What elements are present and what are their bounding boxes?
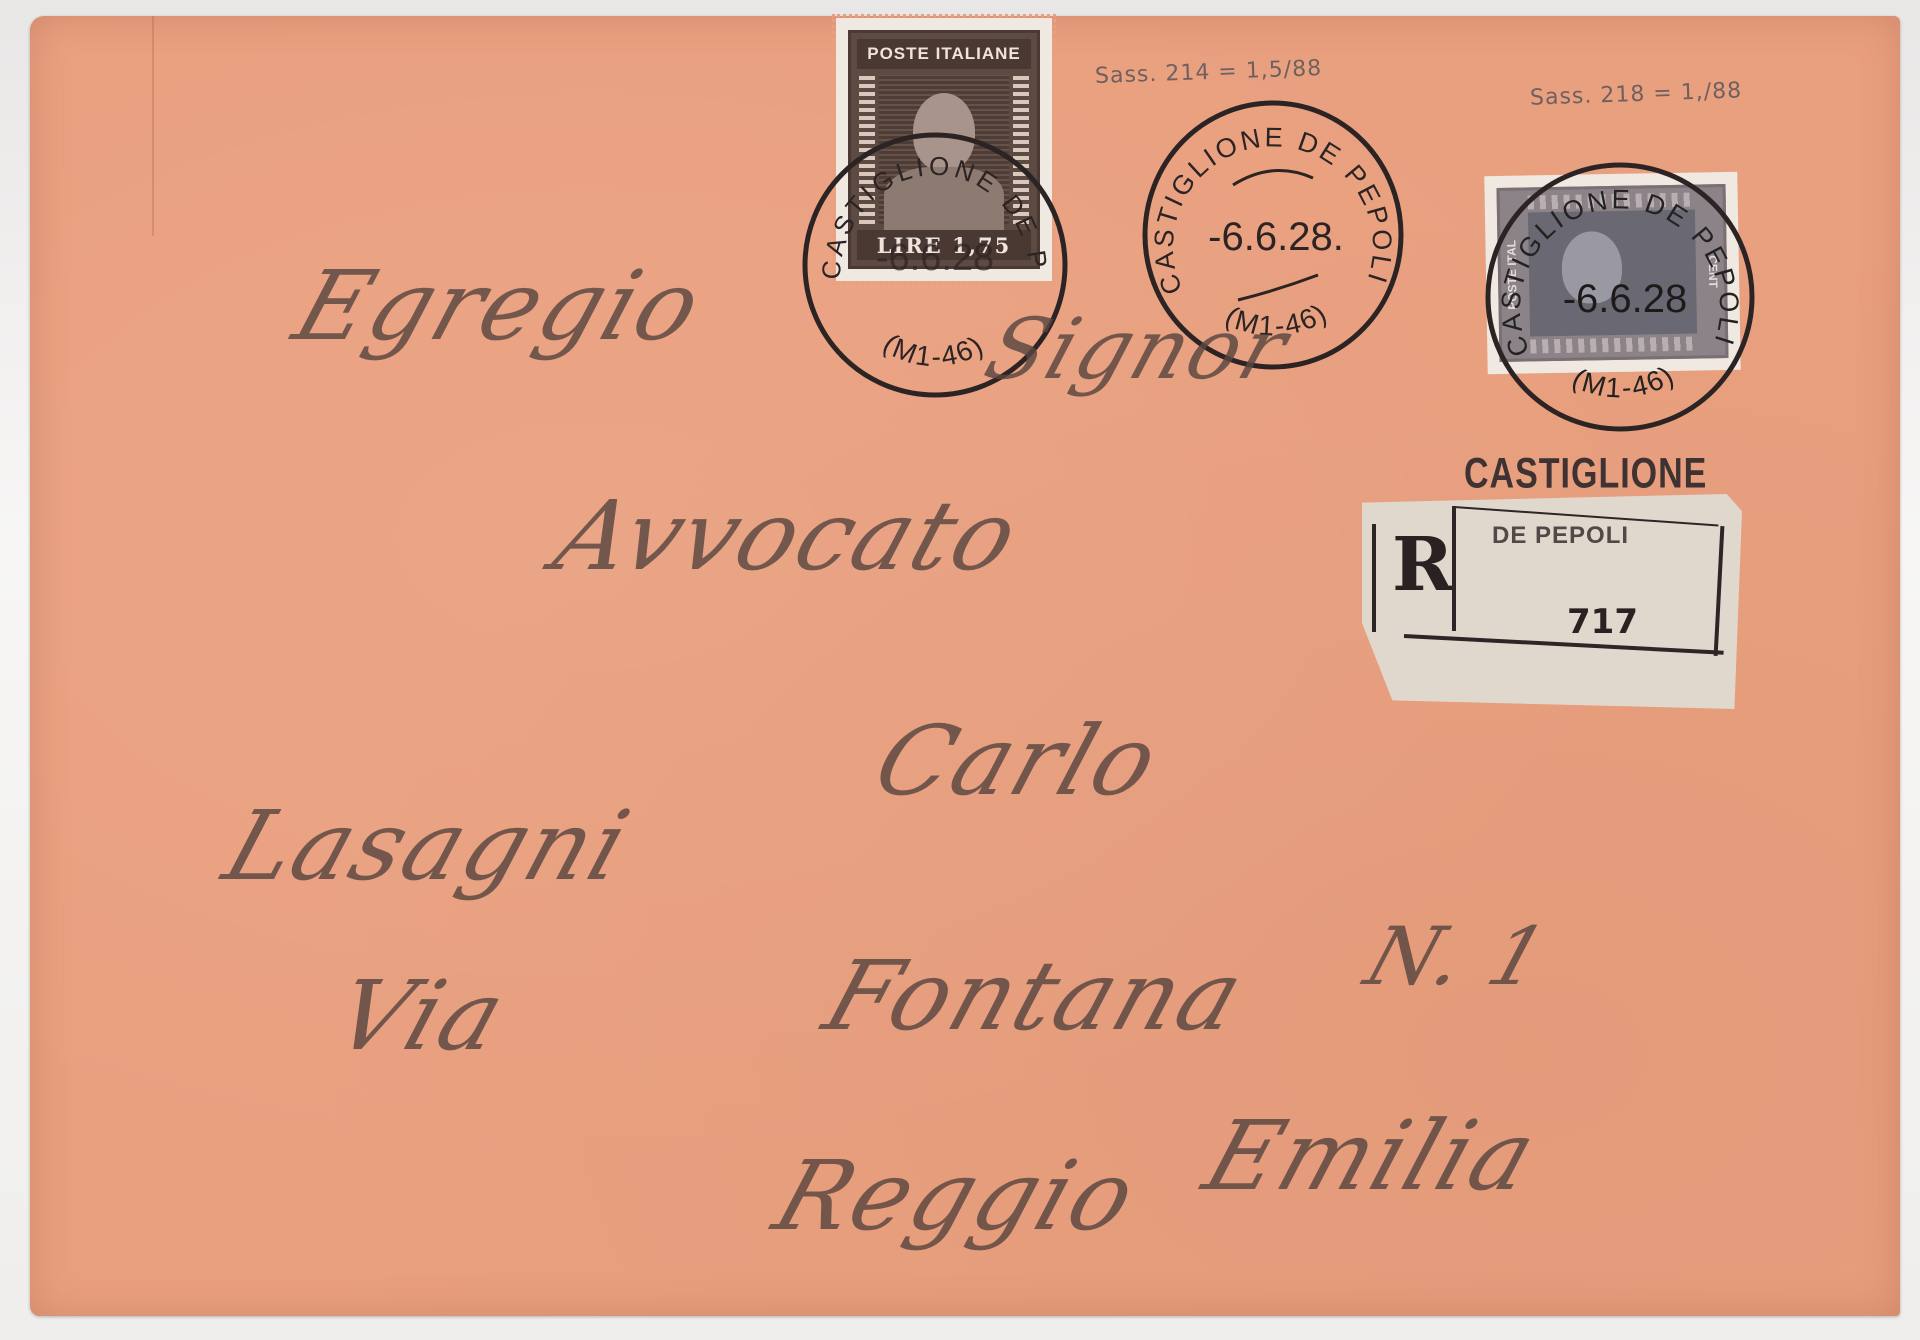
address-first-name: Carlo — [862, 705, 1173, 817]
linear-cancel-locality: DE PEPOLI — [1492, 522, 1629, 550]
address-surname: Lasagni — [212, 790, 644, 902]
registration-letter: R — [1392, 522, 1454, 608]
address-region: Emilia — [1192, 1100, 1551, 1212]
registration-label: R DE PEPOLI 717 — [1362, 494, 1742, 709]
stamp-country-text: POSTE ITALIANE — [857, 39, 1031, 69]
stamp-border-ornament — [859, 75, 875, 224]
stamp-country-text: POSTE ITAL — [1504, 213, 1526, 337]
address-profession: Avvocato — [542, 480, 1033, 592]
stamp-1-75-lire: POSTE ITALIANE LIRE 1,75 — [840, 22, 1048, 277]
address-salutation: Egregio — [282, 250, 717, 362]
linear-cancel-town: CASTIGLIONE — [1464, 450, 1707, 499]
king-portrait-icon — [879, 75, 1009, 224]
king-portrait-icon — [1528, 210, 1697, 337]
stamp-border-ornament — [1530, 337, 1697, 354]
address-title: Signor — [974, 300, 1301, 398]
stamp-grey-cent: POSTE ITAL CENT — [1488, 176, 1736, 370]
address-house-number: N. 1 — [1355, 910, 1560, 1003]
address-street: Fontana — [812, 940, 1258, 1052]
stamp-value-text: CENT — [1699, 209, 1721, 333]
stamp-value-text: LIRE 1,75 — [857, 230, 1031, 260]
stamp-border-ornament — [1013, 75, 1029, 224]
registration-number: 717 — [1567, 602, 1638, 642]
stamp-border-ornament — [1528, 193, 1695, 210]
paper-crease — [152, 16, 154, 236]
address-city: Reggio — [762, 1140, 1151, 1252]
